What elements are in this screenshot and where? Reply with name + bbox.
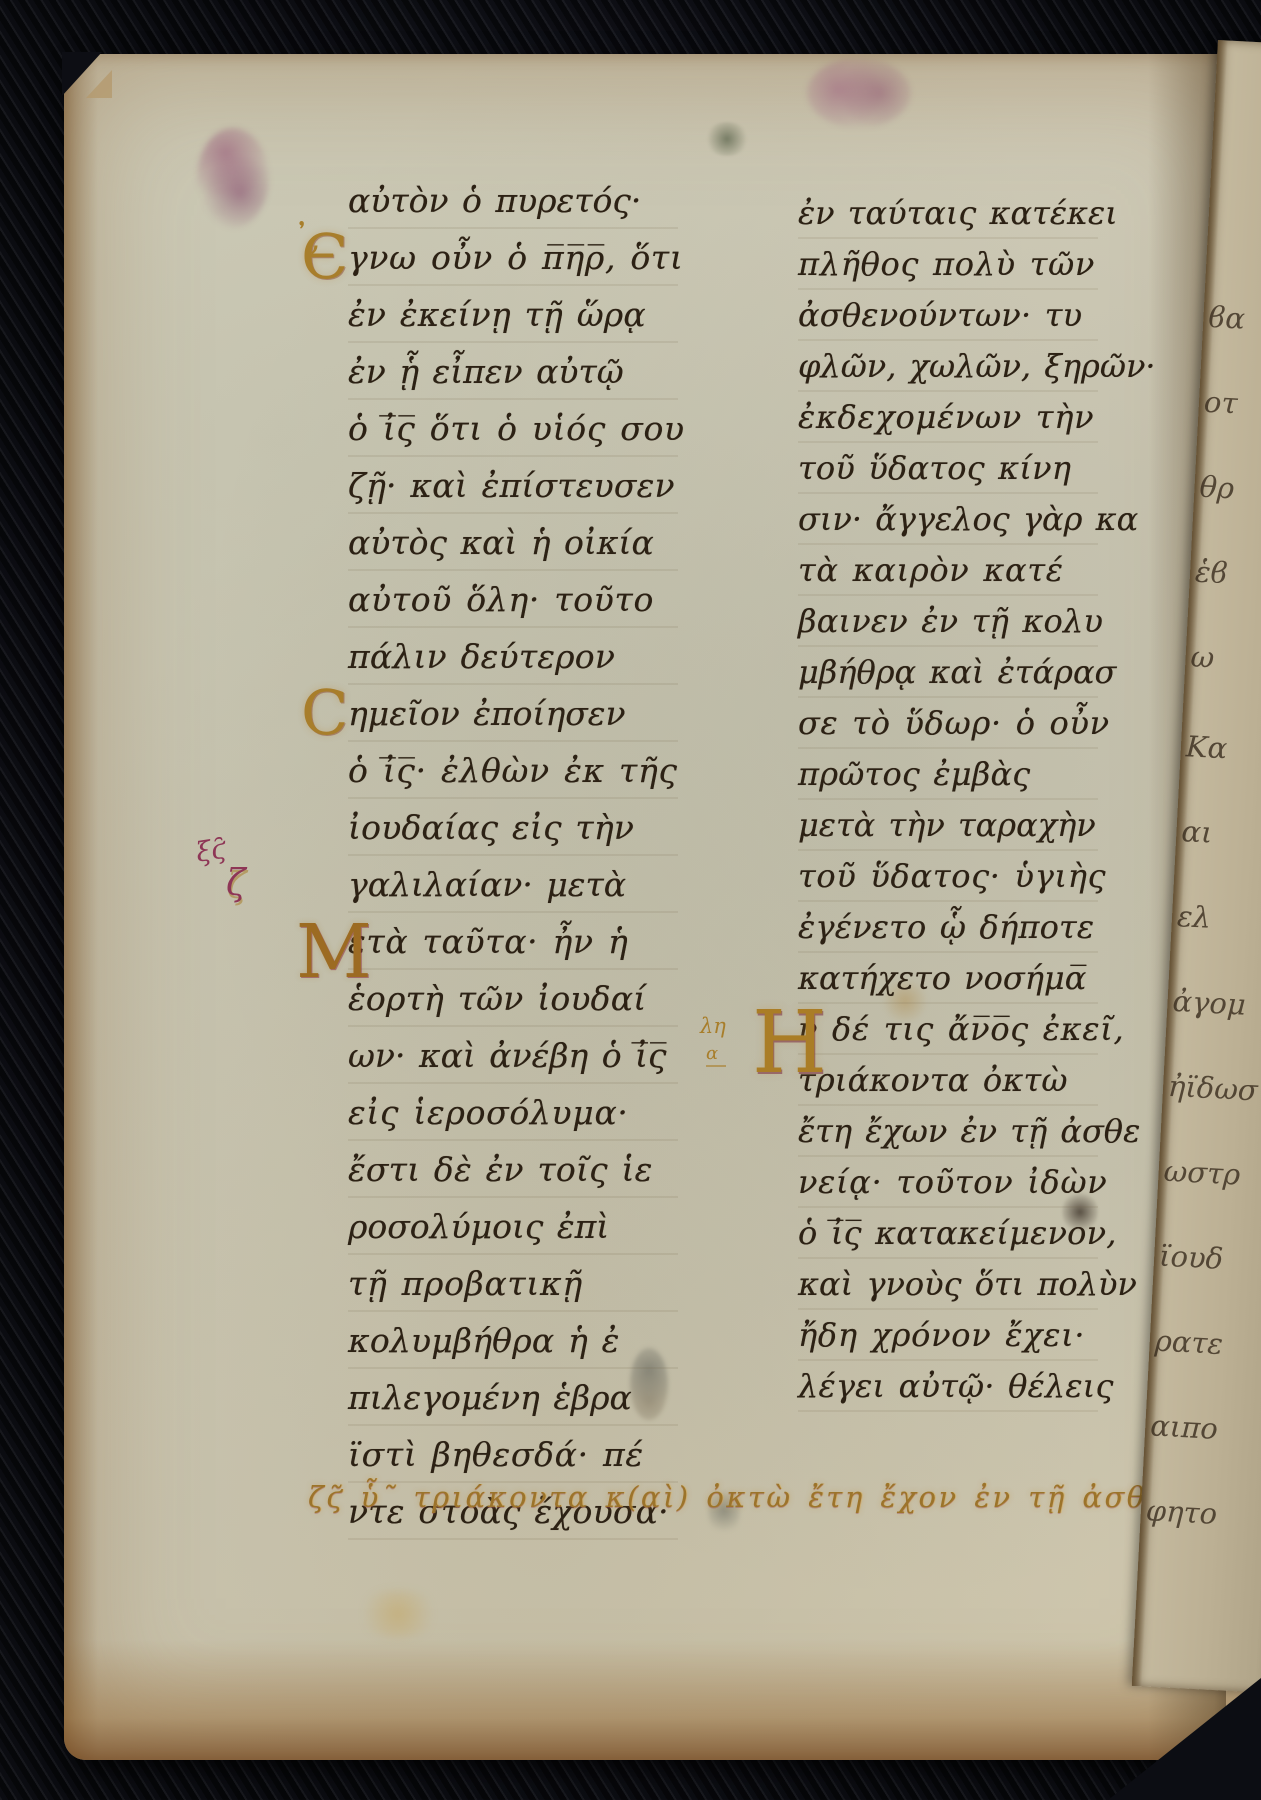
manuscript-line: ἔτη ἔχων ἐν τῇ ἀσθε xyxy=(798,1106,1098,1157)
line-text: ἐν ἐκείνῃ τῇ ὥρᾳ xyxy=(348,295,646,334)
manuscript-line: Ϲ ημεῖον ἐποίησεν xyxy=(348,685,678,742)
manuscript-line: ὁ ἰ̅ς̅· ἐλθὼν ἐκ τῆς xyxy=(348,742,678,799)
manuscript-line: ἤδη χρόνον ἔχει· xyxy=(798,1310,1098,1361)
manuscript-line: ἀσθενούντων· τυ xyxy=(798,290,1098,341)
manuscript-line: μβήθρᾳ καὶ ἐτάρασ xyxy=(798,647,1098,698)
line-text: καὶ γνοὺς ὅτι πολὺν xyxy=(798,1265,1137,1303)
line-text: ημεῖον ἐποίησεν xyxy=(348,694,626,733)
line-text: τῇ προβατικῇ xyxy=(348,1264,583,1303)
line-text: αὐτοῦ ὅλη· τοῦτο xyxy=(348,580,654,619)
manuscript-line: σιν· ἄγγελος γὰρ κα xyxy=(798,494,1098,545)
partial-text-fragment: ϐα xyxy=(1208,300,1246,336)
manuscript-line: τριάκοντα ὀκτὼ xyxy=(798,1055,1098,1106)
manuscript-line: ὁ ἰ̅ς̅ ὅτι ὁ υἱός σου xyxy=(348,400,678,457)
manuscript-photograph: αὐτὸν ὁ πυρετός· Є γνω οὖν ὁ π̅η̅ρ̅, ὅτι… xyxy=(0,0,1261,1800)
manuscript-line: ϊστὶ βηθεσδά· πέ xyxy=(348,1426,678,1483)
line-text: λέγει αὐτῷ· θέλεις xyxy=(798,1367,1114,1405)
line-text: ὁ ἰ̅ς̅· ἐλθὼν ἐκ τῆς xyxy=(348,751,678,790)
line-text: μβήθρᾳ καὶ ἐτάρασ xyxy=(798,653,1116,691)
line-text: ἐκδεχομένων τὴν xyxy=(798,398,1094,436)
manuscript-line: Є γνω οὖν ὁ π̅η̅ρ̅, ὅτι xyxy=(348,229,678,286)
line-text: τοῦ ὕδατος· ὑγιὴς xyxy=(798,857,1106,895)
partial-text-fragment: αι xyxy=(1181,814,1214,850)
partial-text-fragment: θρ xyxy=(1199,470,1235,506)
line-text: αὐτὸν ὁ πυρετός· xyxy=(348,181,641,220)
manuscript-line: σε τὸ ὕδωρ· ὁ οὖν xyxy=(798,698,1098,749)
line-text: ων· καὶ ἀνέβη ὁ ἰ̅ς̅ xyxy=(348,1036,666,1075)
manuscript-line: βαινεν ἐν τῇ κολυ xyxy=(798,596,1098,647)
manuscript-line: ἰουδαίας εἰς τὴν xyxy=(348,799,678,856)
line-text: ν δέ τις ἄν̅ο̅ς ἐκεῖ, xyxy=(798,1010,1124,1048)
partial-text-fragment: ἠϊδωσ xyxy=(1167,1069,1258,1108)
partial-text-fragment: ω xyxy=(1190,639,1215,674)
line-text: ἔστι δὲ ἐν τοῖς ἱε xyxy=(348,1150,653,1189)
line-text: ἰουδαίας εἰς τὴν xyxy=(348,808,634,847)
line-text: κατήχετο νοσήμα̅ xyxy=(798,959,1086,997)
manuscript-line: πάλιν δεύτερον xyxy=(348,628,678,685)
line-text: ὁ ἰ̅ς̅ κατακείμενον, xyxy=(798,1214,1117,1252)
partial-text-fragment: ἀγομ xyxy=(1172,984,1247,1022)
partial-text-fragment: αιπο xyxy=(1150,1408,1219,1445)
canon-number: α xyxy=(706,1045,726,1067)
bottom-edge-browning xyxy=(64,1640,1261,1760)
line-text: τὰ καιρὸν κατέ xyxy=(798,551,1064,589)
line-text: σιν· ἄγγελος γὰρ κα xyxy=(798,500,1138,538)
kephalaion-number: ζ xyxy=(226,863,246,904)
manuscript-line: ἐν ταύταις κατέκει xyxy=(798,188,1098,239)
manuscript-line: ροσολύμοις ἐπὶ xyxy=(348,1198,678,1255)
manuscript-line: Η ν δέ τις ἄν̅ο̅ς ἐκεῖ, xyxy=(798,1004,1098,1055)
partial-text-fragment: ϊουδ xyxy=(1158,1239,1224,1276)
manuscript-line: αὐτὸς καὶ ἡ οἰκία xyxy=(348,514,678,571)
line-text: ετὰ ταῦτα· ἦν ἡ xyxy=(348,922,628,961)
manuscript-line: μετὰ τὴν ταραχὴν xyxy=(798,800,1098,851)
manuscript-line: γαλιλαίαν· μετὰ xyxy=(348,856,678,913)
margin-section-number-red: ξϛ̑ ζ xyxy=(196,834,246,904)
illuminated-initial: Ϲ xyxy=(301,682,348,744)
manuscript-line: φλῶν, χωλῶν, ξηρῶν· xyxy=(798,341,1098,392)
partial-text-fragment: οτ xyxy=(1203,385,1238,421)
manuscript-line: αὐτὸν ὁ πυρετός· xyxy=(348,172,678,229)
margin-gold-mark: ᾽, xyxy=(293,218,321,258)
partial-text-fragment: Κα xyxy=(1185,729,1228,765)
line-text: ἐν ταύταις κατέκει xyxy=(798,194,1118,232)
manuscript-line: ζῇ· καὶ ἐπίστευσεν xyxy=(348,457,678,514)
margin-section-number-gold: λη α xyxy=(700,1016,726,1067)
section-number: λη xyxy=(700,1016,726,1037)
line-text: ροσολύμοις ἐπὶ xyxy=(348,1207,609,1246)
line-text: ἑορτὴ τῶν ἰουδαί xyxy=(348,979,646,1018)
illuminated-initial: Η xyxy=(752,1000,828,1086)
manuscript-line: ἐν ᾗ εἶπεν αὐτῷ xyxy=(348,343,678,400)
right-text-column: ἐν ταύταις κατέκει πλῆθος πολὺ τῶν ἀσθεν… xyxy=(798,188,1098,1412)
green-blotch xyxy=(704,122,750,156)
manuscript-line: καὶ γνοὺς ὅτι πολὺν xyxy=(798,1259,1098,1310)
manuscript-line: Μ ετὰ ταῦτα· ἦν ἡ xyxy=(348,913,678,970)
manuscript-line: εἰς ἱεροσόλυμα· xyxy=(348,1084,678,1141)
line-text: ἀσθενούντων· τυ xyxy=(798,296,1082,334)
manuscript-line: τοῦ ὕδατος· ὑγιὴς xyxy=(798,851,1098,902)
manuscript-line: νείᾳ· τοῦτον ἰδὼν xyxy=(798,1157,1098,1208)
manuscript-line: ἐκδεχομένων τὴν xyxy=(798,392,1098,443)
line-text: νείᾳ· τοῦτον ἰδὼν xyxy=(798,1163,1107,1201)
partial-text-fragment: ρατε xyxy=(1154,1324,1224,1362)
chapter-title-rubric: ζϛ̃ ὗ῀ τριάκοντα κ(αὶ) ὀκτὼ ἔτη ἔχον ἐν … xyxy=(308,1480,1088,1514)
partial-text-fragment: ελ xyxy=(1176,899,1212,935)
line-text: ἐν ᾗ εἶπεν αὐτῷ xyxy=(348,352,624,391)
line-text: πλῆθος πολὺ τῶν xyxy=(798,245,1095,283)
line-text: ἐγένετο ᾧ δήποτε xyxy=(798,908,1094,946)
page-left-edge xyxy=(64,54,98,1760)
manuscript-line: λέγει αὐτῷ· θέλεις xyxy=(798,1361,1098,1412)
line-text: ἔτη ἔχων ἐν τῇ ἀσθε xyxy=(798,1112,1140,1150)
partial-text-fragment: φητο xyxy=(1145,1493,1218,1531)
manuscript-line: ων· καὶ ἀνέβη ὁ ἰ̅ς̅ xyxy=(348,1027,678,1084)
manuscript-line: ἐγένετο ᾧ δήποτε xyxy=(798,902,1098,953)
manuscript-line: πρῶτος ἐμβὰς xyxy=(798,749,1098,800)
line-text: γαλιλαίαν· μετὰ xyxy=(348,865,626,904)
purple-stain xyxy=(197,128,269,228)
line-text: πάλιν δεύτερον xyxy=(348,637,615,676)
manuscript-line: ἐν ἐκείνῃ τῇ ὥρᾳ xyxy=(348,286,678,343)
manuscript-line: κατήχετο νοσήμα̅ xyxy=(798,953,1098,1004)
yellow-stain xyxy=(354,1590,442,1638)
manuscript-line: κολυμβήθρα ἡ ἐ xyxy=(348,1312,678,1369)
line-text: πρῶτος ἐμβὰς xyxy=(798,755,1030,793)
line-text: φλῶν, χωλῶν, ξηρῶν· xyxy=(798,347,1156,385)
line-text: ἤδη χρόνον ἔχει· xyxy=(798,1316,1085,1354)
line-text: αὐτὸς καὶ ἡ οἰκία xyxy=(348,523,654,562)
partial-text-fragment: ἑϐ xyxy=(1194,555,1228,591)
line-text: ϊστὶ βηθεσδά· πέ xyxy=(348,1435,644,1474)
line-text: τριάκοντα ὀκτὼ xyxy=(798,1061,1068,1099)
manuscript-line: ὁ ἰ̅ς̅ κατακείμενον, xyxy=(798,1208,1098,1259)
line-text: ὁ ἰ̅ς̅ ὅτι ὁ υἱός σου xyxy=(348,409,685,448)
line-text: κολυμβήθρα ἡ ἐ xyxy=(348,1321,620,1360)
manuscript-line: τῇ προβατικῇ xyxy=(348,1255,678,1312)
manuscript-line: τοῦ ὕδατος κίνη xyxy=(798,443,1098,494)
line-text: βαινεν ἐν τῇ κολυ xyxy=(798,602,1103,640)
line-text: μετὰ τὴν ταραχὴν xyxy=(798,806,1096,844)
manuscript-line: ἔστι δὲ ἐν τοῖς ἱε xyxy=(348,1141,678,1198)
manuscript-line: αὐτοῦ ὅλη· τοῦτο xyxy=(348,571,678,628)
left-text-column: αὐτὸν ὁ πυρετός· Є γνω οὖν ὁ π̅η̅ρ̅, ὅτι… xyxy=(348,172,678,1540)
line-text: εἰς ἱεροσόλυμα· xyxy=(348,1093,629,1132)
manuscript-line: πιλεγομένη ἑβρα xyxy=(348,1369,678,1426)
partial-text-fragment: ωστρ xyxy=(1163,1154,1241,1192)
manuscript-line: πλῆθος πολὺ τῶν xyxy=(798,239,1098,290)
line-text: σε τὸ ὕδωρ· ὁ οὖν xyxy=(798,704,1110,742)
manuscript-line: ἑορτὴ τῶν ἰουδαί xyxy=(348,970,678,1027)
line-text: τοῦ ὕδατος κίνη xyxy=(798,449,1071,487)
illuminated-initial: Μ xyxy=(296,915,372,989)
purple-stain xyxy=(807,58,911,128)
line-text: πιλεγομένη ἑβρα xyxy=(348,1378,632,1417)
manuscript-line: τὰ καιρὸν κατέ xyxy=(798,545,1098,596)
line-text: ζῇ· καὶ ἐπίστευσεν xyxy=(348,466,675,505)
line-text: γνω οὖν ὁ π̅η̅ρ̅, ὅτι xyxy=(348,238,684,277)
